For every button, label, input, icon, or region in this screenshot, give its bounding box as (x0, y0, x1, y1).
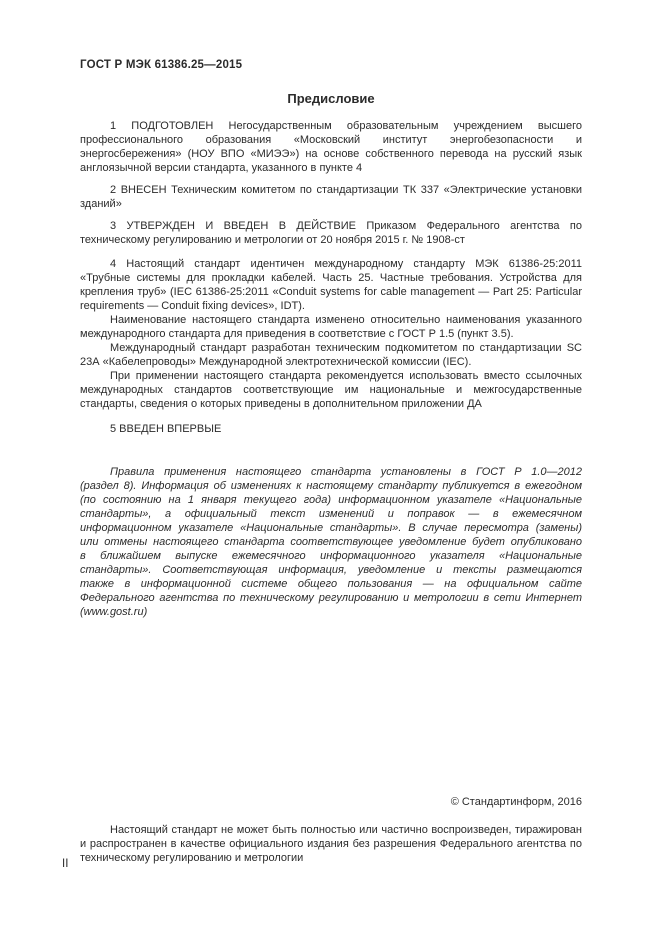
foreword-item-4-developer: Международный стандарт разработан технич… (80, 341, 582, 369)
page-number: II (62, 857, 68, 871)
foreword-item-5-first-time: 5 ВВЕДЕН ВПЕРВЫЕ (80, 422, 582, 436)
foreword-heading: Предисловие (80, 90, 582, 107)
foreword-item-4-application: При применении настоящего стандарта реко… (80, 369, 582, 411)
foreword-item-4-identity: 4 Настоящий стандарт идентичен междунаро… (80, 257, 582, 313)
foreword-item-1-prepared: 1 ПОДГОТОВЛЕН Негосударственным образова… (80, 119, 582, 175)
foreword-item-4-name-change: Наименование настоящего стандарта измене… (80, 313, 582, 341)
copyright-notice: © Стандартинформ, 2016 (80, 795, 582, 809)
reproduction-notice: Настоящий стандарт не может быть полност… (80, 823, 582, 865)
application-rules-note: Правила применения настоящего стандарта … (80, 465, 582, 619)
foreword-item-3-approved: 3 УТВЕРЖДЕН И ВВЕДЕН В ДЕЙСТВИЕ Приказом… (80, 219, 582, 247)
document-page: ГОСТ Р МЭК 61386.25—2015 Предисловие 1 П… (0, 0, 661, 935)
foreword-item-2-submitted: 2 ВНЕСЕН Техническим комитетом по станда… (80, 183, 582, 211)
page-content: ГОСТ Р МЭК 61386.25—2015 Предисловие 1 П… (0, 0, 661, 865)
standard-designation: ГОСТ Р МЭК 61386.25—2015 (80, 58, 582, 72)
